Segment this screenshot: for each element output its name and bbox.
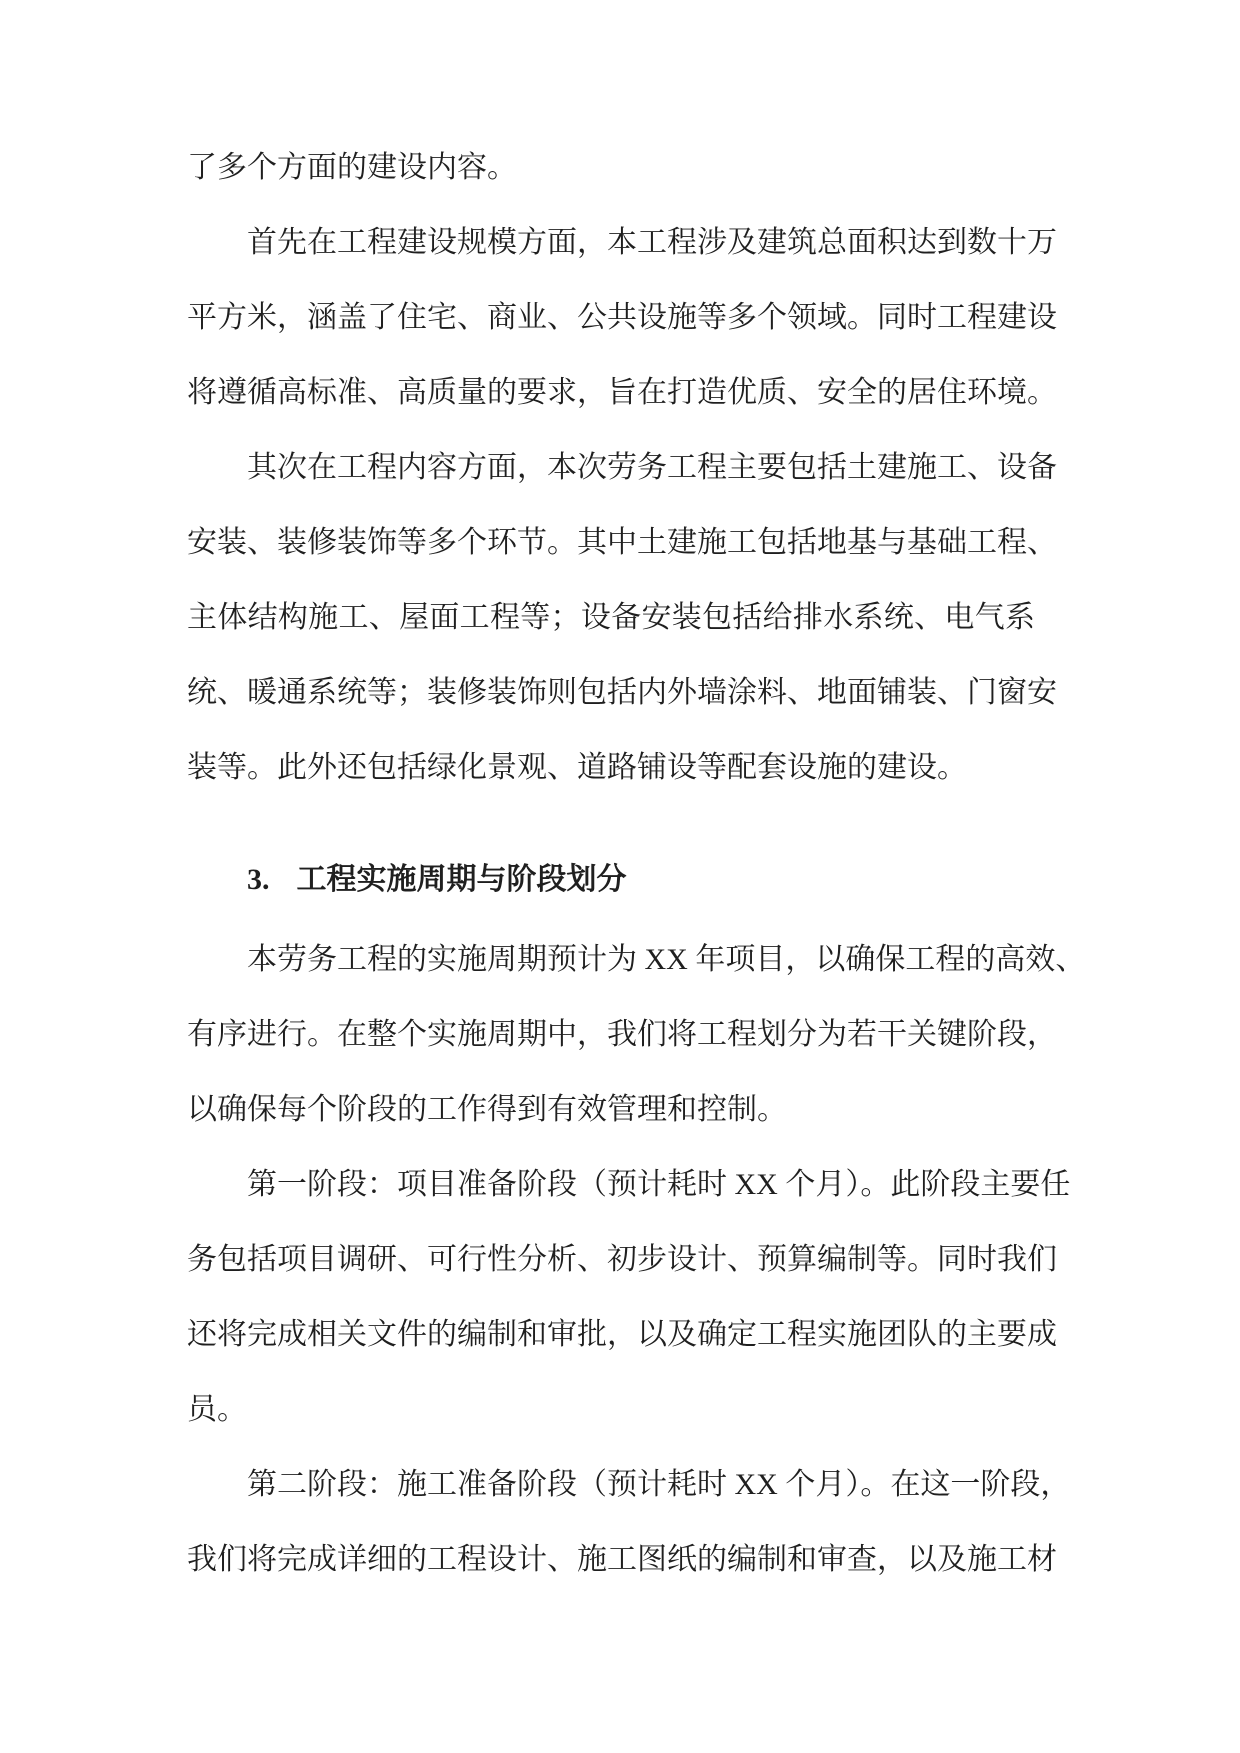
paragraph-content-scope: 其次在工程内容方面，本次劳务工程主要包括土建施工、设备 安装、装修装饰等多个环节… (187, 430, 1035, 805)
document-page: 了多个方面的建设内容。 首先在工程建设规模方面，本工程涉及建筑总面积达到数十万 … (0, 0, 1240, 1753)
paragraph-phase-one: 第一阶段：项目准备阶段（预计耗时 XX 个月）。此阶段主要任 务包括项目调研、可… (187, 1147, 1035, 1447)
text-line: 有序进行。在整个实施周期中，我们将工程划分为若干关键阶段， (187, 997, 1035, 1072)
paragraph-implementation-period: 本劳务工程的实施周期预计为 XX 年项目，以确保工程的高效、 有序进行。在整个实… (187, 922, 1035, 1147)
text-line: 以确保每个阶段的工作得到有效管理和控制。 (187, 1072, 1035, 1147)
text-line: 安装、装修装饰等多个环节。其中土建施工包括地基与基础工程、 (187, 505, 1035, 580)
heading-title: 工程实施周期与阶段划分 (297, 863, 627, 896)
section-heading: 3.工程实施周期与阶段划分 (187, 842, 1035, 917)
text-line: 了多个方面的建设内容。 (187, 130, 1035, 205)
text-line: 将遵循高标准、高质量的要求，旨在打造优质、安全的居住环境。 (187, 355, 1035, 430)
page-content: 了多个方面的建设内容。 首先在工程建设规模方面，本工程涉及建筑总面积达到数十万 … (187, 130, 1035, 1597)
text-line: 第一阶段：项目准备阶段（预计耗时 XX 个月）。此阶段主要任 (187, 1147, 1035, 1222)
text-line: 首先在工程建设规模方面，本工程涉及建筑总面积达到数十万 (187, 205, 1035, 280)
text-line: 本劳务工程的实施周期预计为 XX 年项目，以确保工程的高效、 (187, 922, 1035, 997)
text-line: 务包括项目调研、可行性分析、初步设计、预算编制等。同时我们 (187, 1222, 1035, 1297)
text-line: 我们将完成详细的工程设计、施工图纸的编制和审查，以及施工材 (187, 1522, 1035, 1597)
text-line: 装等。此外还包括绿化景观、道路铺设等配套设施的建设。 (187, 730, 1035, 805)
paragraph-phase-two: 第二阶段：施工准备阶段（预计耗时 XX 个月）。在这一阶段， 我们将完成详细的工… (187, 1447, 1035, 1597)
text-line: 统、暖通系统等；装修装饰则包括内外墙涂料、地面铺装、门窗安 (187, 655, 1035, 730)
text-line: 主体结构施工、屋面工程等；设备安装包括给排水系统、电气系 (187, 580, 1035, 655)
text-line: 还将完成相关文件的编制和审批，以及确定工程实施团队的主要成 (187, 1297, 1035, 1372)
text-line: 第二阶段：施工准备阶段（预计耗时 XX 个月）。在这一阶段， (187, 1447, 1035, 1522)
paragraph-continuation: 了多个方面的建设内容。 (187, 130, 1035, 205)
paragraph-scale: 首先在工程建设规模方面，本工程涉及建筑总面积达到数十万 平方米，涵盖了住宅、商业… (187, 205, 1035, 430)
text-line: 其次在工程内容方面，本次劳务工程主要包括土建施工、设备 (187, 430, 1035, 505)
text-line: 平方米，涵盖了住宅、商业、公共设施等多个领域。同时工程建设 (187, 280, 1035, 355)
heading-number: 3. (247, 863, 270, 896)
text-line: 员。 (187, 1372, 1035, 1447)
